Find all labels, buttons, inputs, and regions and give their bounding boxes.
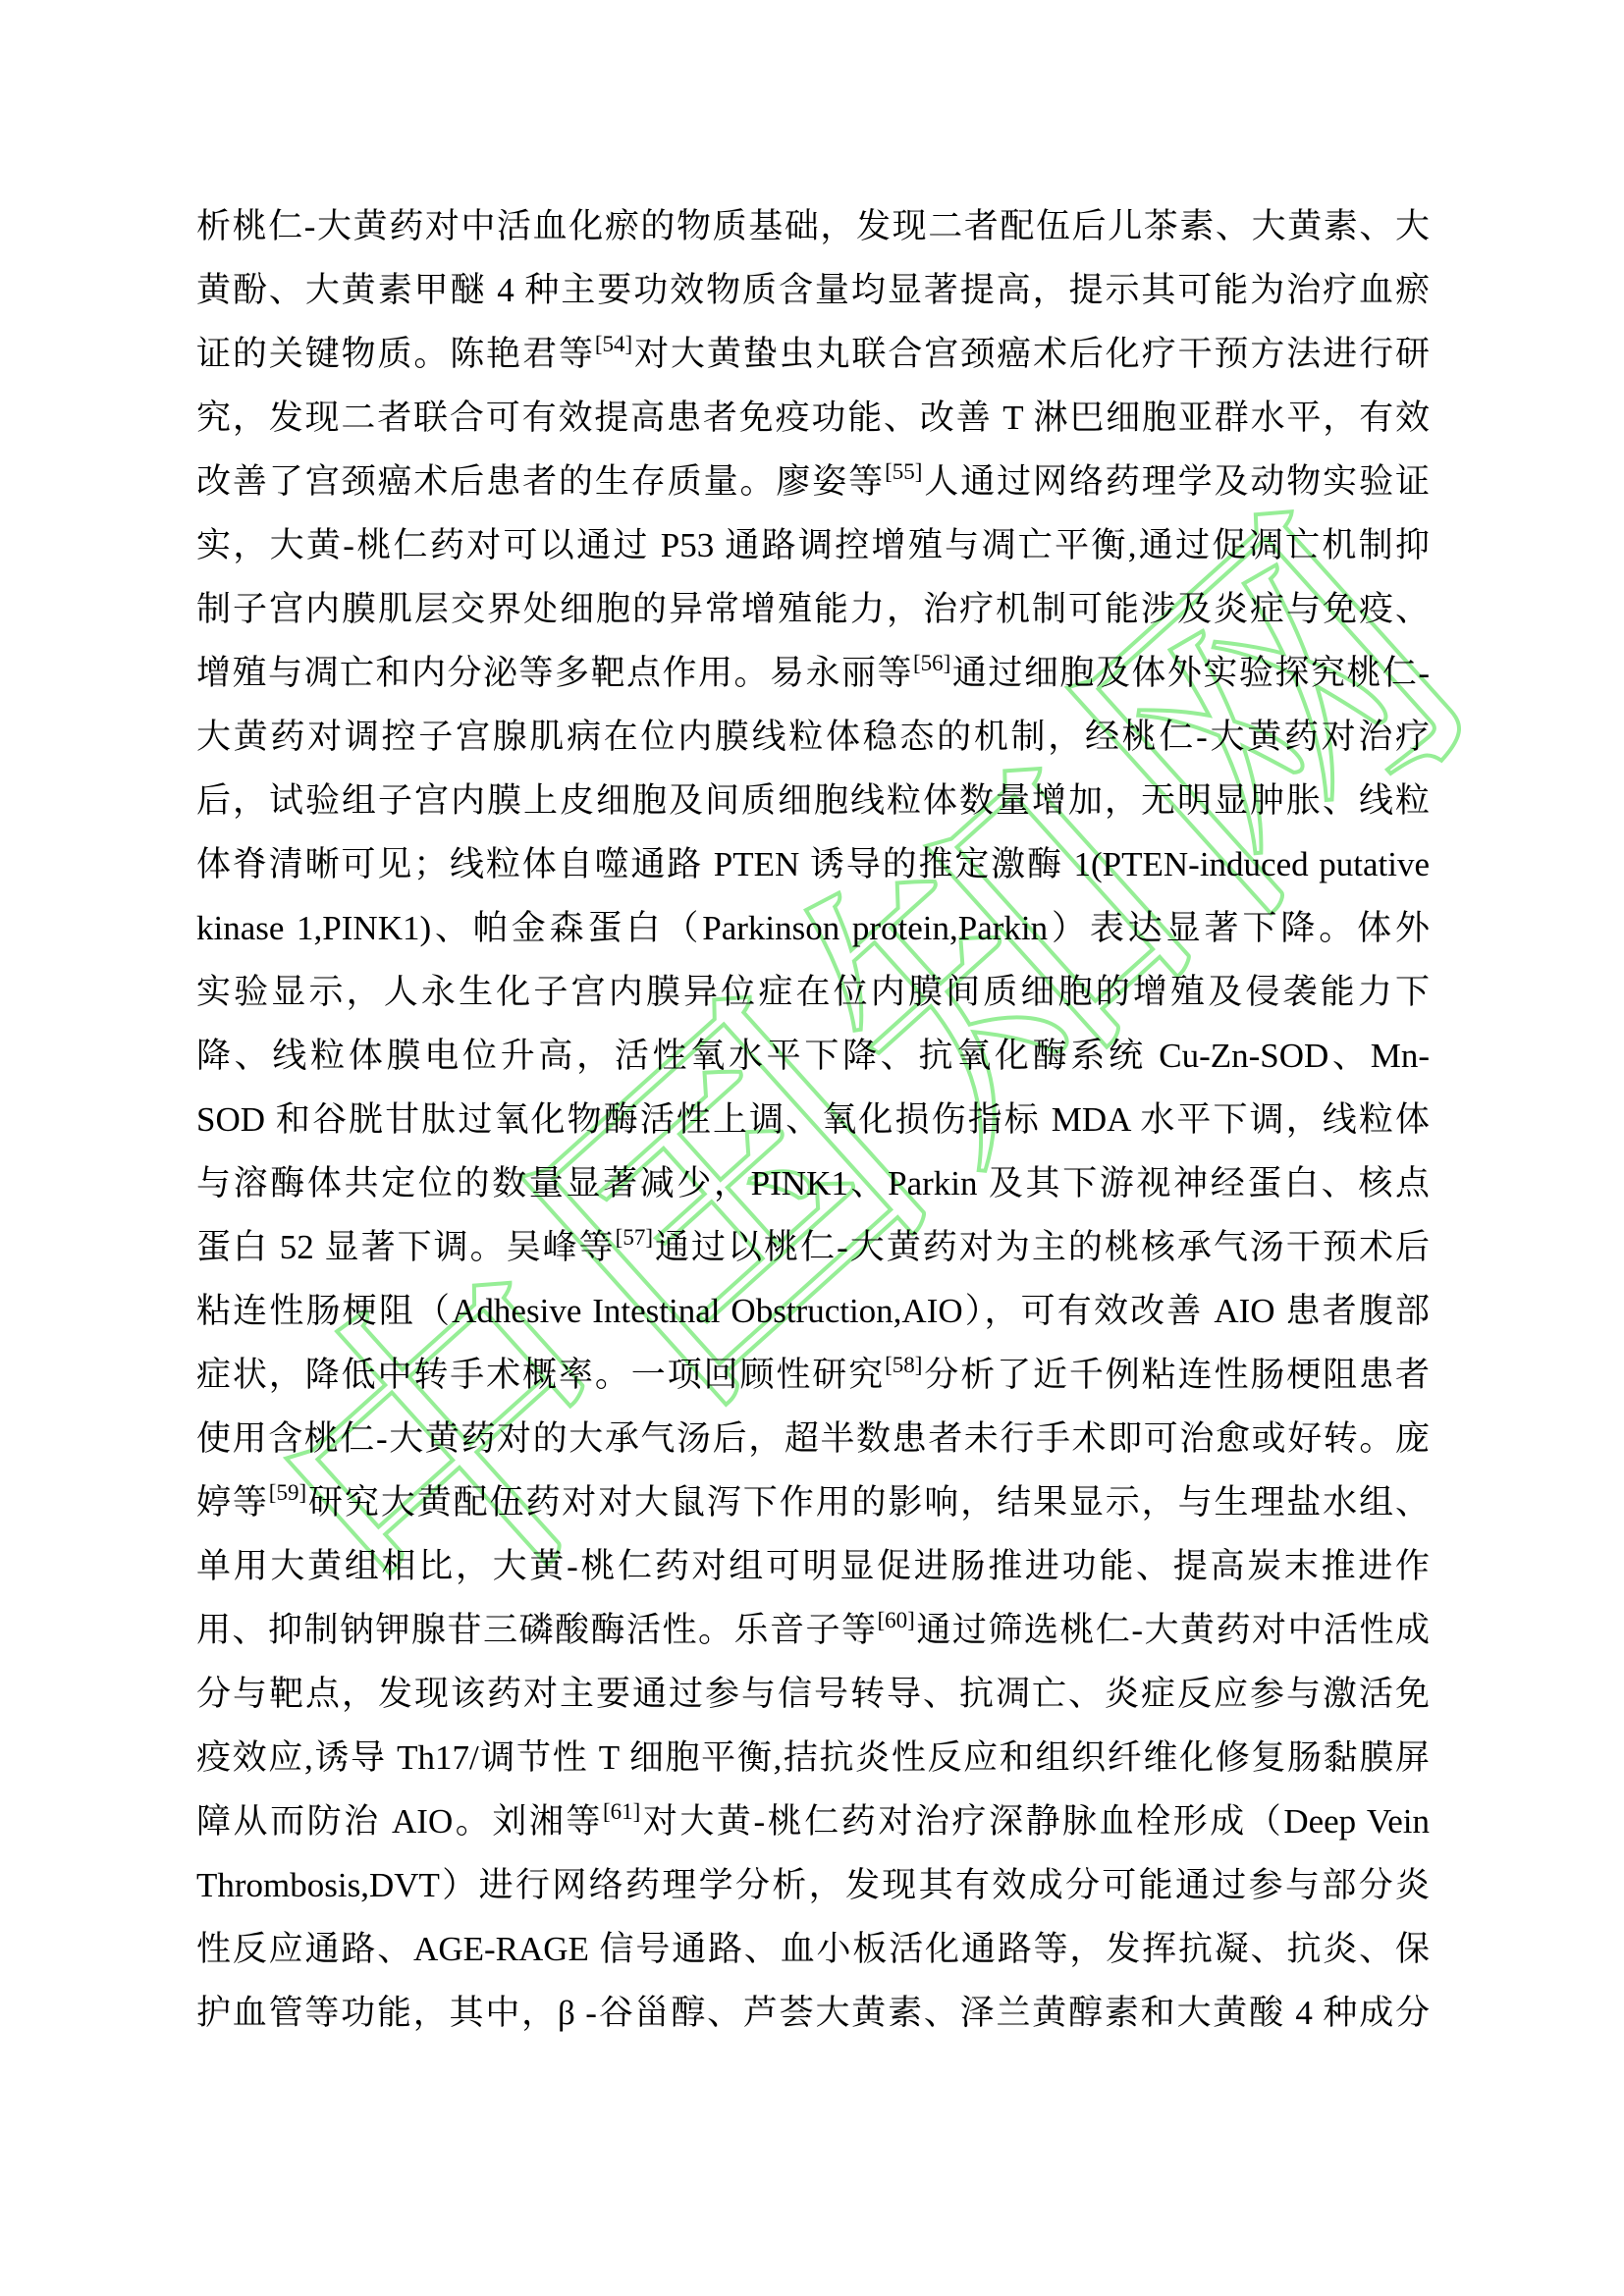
text-segment: 障从而防治 AIO。刘湘等 <box>196 1802 603 1841</box>
text-line-5: 改善了宫颈癌术后患者的生存质量。廖姿等[55]人通过网络药理学及动物实验证 <box>196 450 1430 513</box>
text-line-1: 析桃仁-大黄药对中活血化瘀的物质基础，发现二者配伍后儿茶素、大黄素、大 <box>196 194 1430 258</box>
text-segment: SOD 和谷胱甘肽过氧化物酶活性上调、氧化损伤指标 MDA 水平下调，线粒体 <box>196 1100 1430 1139</box>
text-segment: 证的关键物质。陈艳君等 <box>196 335 595 373</box>
text-segment: 护血管等功能，其中，β -谷甾醇、芦荟大黄素、泽兰黄醇素和大黄酸 4 种成分 <box>196 1994 1430 2032</box>
text-segment: 实验显示，人永生化子宫内膜异位症在位内膜间质细胞的增殖及侵袭能力下 <box>196 973 1430 1011</box>
text-segment: 通过以桃仁-大黄药对为主的桃核承气汤干预术后 <box>653 1228 1430 1266</box>
document-page: 中国知网 析桃仁-大黄药对中活血化瘀的物质基础，发现二者配伍后儿茶素、大黄素、大… <box>0 0 1624 2296</box>
text-segment: 与溶酶体共定位的数量显著减少，PINK1、Parkin 及其下游视神经蛋白、核点 <box>196 1164 1430 1202</box>
citation-ref: [54] <box>595 332 632 356</box>
text-segment: 大黄药对调控子宫腺肌病在位内膜线粒体稳态的机制，经桃仁-大黄药对治疗 <box>196 718 1430 756</box>
text-segment: 制子宫内膜肌层交界处细胞的异常增殖能力，治疗机制可能涉及炎症与免疫、 <box>196 590 1430 628</box>
text-line-6: 实，大黄-桃仁药对可以通过 P53 通路调控增殖与凋亡平衡,通过促凋亡机制抑 <box>196 513 1430 577</box>
text-block: 析桃仁-大黄药对中活血化瘀的物质基础，发现二者配伍后儿茶素、大黄素、大黄酚、大黄… <box>196 194 1430 2045</box>
text-segment: 人通过网络药理学及动物实验证 <box>922 462 1430 501</box>
text-line-23: 用、抑制钠钾腺苷三磷酸酶活性。乐音子等[60]通过筛选桃仁-大黄药对中活性成 <box>196 1598 1430 1662</box>
text-line-16: 与溶酶体共定位的数量显著减少，PINK1、Parkin 及其下游视神经蛋白、核点 <box>196 1151 1430 1215</box>
text-segment: 研究大黄配伍药对对大鼠泻下作用的影响，结果显示，与生理盐水组、 <box>306 1483 1430 1522</box>
text-segment: 析桃仁-大黄药对中活血化瘀的物质基础，发现二者配伍后儿茶素、大黄素、大 <box>196 207 1430 245</box>
text-segment: 婷等 <box>196 1483 269 1522</box>
text-line-28: 性反应通路、AGE-RAGE 信号通路、血小板活化通路等，发挥抗凝、抗炎、保 <box>196 1917 1430 1981</box>
text-segment: 性反应通路、AGE-RAGE 信号通路、血小板活化通路等，发挥抗凝、抗炎、保 <box>196 1930 1430 1968</box>
citation-ref: [61] <box>603 1799 640 1824</box>
text-line-12: kinase 1,PINK1)、帕金森蛋白（Parkinson protein,… <box>196 896 1430 960</box>
text-line-22: 单用大黄组相比，大黄-桃仁药对组可明显促进肠推进功能、提高炭末推进作 <box>196 1534 1430 1598</box>
citation-ref: [58] <box>885 1353 922 1377</box>
text-line-8: 增殖与凋亡和内分泌等多靶点作用。易永丽等[56]通过细胞及体外实验探究桃仁- <box>196 641 1430 705</box>
text-line-19: 症状，降低中转手术概率。一项回顾性研究[58]分析了近千例粘连性肠梗阻患者 <box>196 1343 1430 1407</box>
text-line-15: SOD 和谷胱甘肽过氧化物酶活性上调、氧化损伤指标 MDA 水平下调，线粒体 <box>196 1088 1430 1151</box>
text-segment: 通过筛选桃仁-大黄药对中活性成 <box>915 1611 1430 1649</box>
text-line-4: 究，发现二者联合可有效提高患者免疫功能、改善 T 淋巴细胞亚群水平，有效 <box>196 386 1430 450</box>
text-segment: 症状，降低中转手术概率。一项回顾性研究 <box>196 1356 885 1394</box>
text-line-17: 蛋白 52 显著下调。吴峰等[57]通过以桃仁-大黄药对为主的桃核承气汤干预术后 <box>196 1215 1430 1279</box>
text-segment: 对大黄蛰虫丸联合宫颈癌术后化疗干预方法进行研 <box>632 335 1430 373</box>
text-line-24: 分与靶点，发现该药对主要通过参与信号转导、抗凋亡、炎症反应参与激活免 <box>196 1662 1430 1726</box>
text-line-14: 降、线粒体膜电位升高，活性氧水平下降、抗氧化酶系统 Cu-Zn-SOD、Mn- <box>196 1024 1430 1088</box>
text-segment: 后，试验组子宫内膜上皮细胞及间质细胞线粒体数量增加，无明显肿胀、线粒 <box>196 781 1430 820</box>
citation-ref: [59] <box>269 1480 306 1505</box>
text-line-18: 粘连性肠梗阻（Adhesive Intestinal Obstruction,A… <box>196 1279 1430 1343</box>
text-line-3: 证的关键物质。陈艳君等[54]对大黄蛰虫丸联合宫颈癌术后化疗干预方法进行研 <box>196 322 1430 386</box>
text-segment: 实，大黄-桃仁药对可以通过 P53 通路调控增殖与凋亡平衡,通过促凋亡机制抑 <box>196 526 1430 564</box>
text-segment: 增殖与凋亡和内分泌等多靶点作用。易永丽等 <box>196 654 913 692</box>
text-line-2: 黄酚、大黄素甲醚 4 种主要功效物质含量均显著提高，提示其可能为治疗血瘀 <box>196 258 1430 322</box>
text-segment: 蛋白 52 显著下调。吴峰等 <box>196 1228 616 1266</box>
text-line-10: 后，试验组子宫内膜上皮细胞及间质细胞线粒体数量增加，无明显肿胀、线粒 <box>196 769 1430 832</box>
text-segment: 疫效应,诱导 Th17/调节性 T 细胞平衡,拮抗炎性反应和组织纤维化修复肠黏膜… <box>196 1738 1430 1777</box>
text-segment: 粘连性肠梗阻（Adhesive Intestinal Obstruction,A… <box>196 1292 1430 1330</box>
citation-ref: [57] <box>616 1225 653 1250</box>
text-line-21: 婷等[59]研究大黄配伍药对对大鼠泻下作用的影响，结果显示，与生理盐水组、 <box>196 1470 1430 1534</box>
text-line-27: Thrombosis,DVT）进行网络药理学分析，发现其有效成分可能通过参与部分… <box>196 1853 1430 1917</box>
text-segment: 降、线粒体膜电位升高，活性氧水平下降、抗氧化酶系统 Cu-Zn-SOD、Mn- <box>196 1037 1430 1075</box>
citation-ref: [55] <box>885 459 922 484</box>
text-segment: 使用含桃仁-大黄药对的大承气汤后，超半数患者未行手术即可治愈或好转。庞 <box>196 1419 1430 1458</box>
citation-ref: [60] <box>878 1608 915 1632</box>
text-segment: kinase 1,PINK1)、帕金森蛋白（Parkinson protein,… <box>196 909 1430 947</box>
text-segment: 单用大黄组相比，大黄-桃仁药对组可明显促进肠推进功能、提高炭末推进作 <box>196 1547 1430 1585</box>
text-line-7: 制子宫内膜肌层交界处细胞的异常增殖能力，治疗机制可能涉及炎症与免疫、 <box>196 577 1430 641</box>
text-segment: 用、抑制钠钾腺苷三磷酸酶活性。乐音子等 <box>196 1611 878 1649</box>
text-segment: 通过细胞及体外实验探究桃仁- <box>950 654 1430 692</box>
text-segment: 分与靶点，发现该药对主要通过参与信号转导、抗凋亡、炎症反应参与激活免 <box>196 1675 1430 1713</box>
text-line-13: 实验显示，人永生化子宫内膜异位症在位内膜间质细胞的增殖及侵袭能力下 <box>196 960 1430 1024</box>
text-segment: Thrombosis,DVT）进行网络药理学分析，发现其有效成分可能通过参与部分… <box>196 1866 1430 1904</box>
text-line-11: 体脊清晰可见；线粒体自噬通路 PTEN 诱导的推定激酶 1(PTEN-induc… <box>196 832 1430 896</box>
text-line-9: 大黄药对调控子宫腺肌病在位内膜线粒体稳态的机制，经桃仁-大黄药对治疗 <box>196 705 1430 769</box>
text-segment: 对大黄-桃仁药对治疗深静脉血栓形成（Deep Vein <box>640 1802 1430 1841</box>
text-line-26: 障从而防治 AIO。刘湘等[61]对大黄-桃仁药对治疗深静脉血栓形成（Deep … <box>196 1789 1430 1853</box>
text-line-29: 护血管等功能，其中，β -谷甾醇、芦荟大黄素、泽兰黄醇素和大黄酸 4 种成分 <box>196 1981 1430 2045</box>
text-segment: 体脊清晰可见；线粒体自噬通路 PTEN 诱导的推定激酶 1(PTEN-induc… <box>196 845 1430 883</box>
text-line-20: 使用含桃仁-大黄药对的大承气汤后，超半数患者未行手术即可治愈或好转。庞 <box>196 1407 1430 1470</box>
text-segment: 分析了近千例粘连性肠梗阻患者 <box>922 1356 1430 1394</box>
text-segment: 改善了宫颈癌术后患者的生存质量。廖姿等 <box>196 462 885 501</box>
text-segment: 黄酚、大黄素甲醚 4 种主要功效物质含量均显著提高，提示其可能为治疗血瘀 <box>196 271 1430 309</box>
citation-ref: [56] <box>913 651 950 675</box>
text-line-25: 疫效应,诱导 Th17/调节性 T 细胞平衡,拮抗炎性反应和组织纤维化修复肠黏膜… <box>196 1726 1430 1789</box>
text-segment: 究，发现二者联合可有效提高患者免疫功能、改善 T 淋巴细胞亚群水平，有效 <box>196 399 1430 437</box>
